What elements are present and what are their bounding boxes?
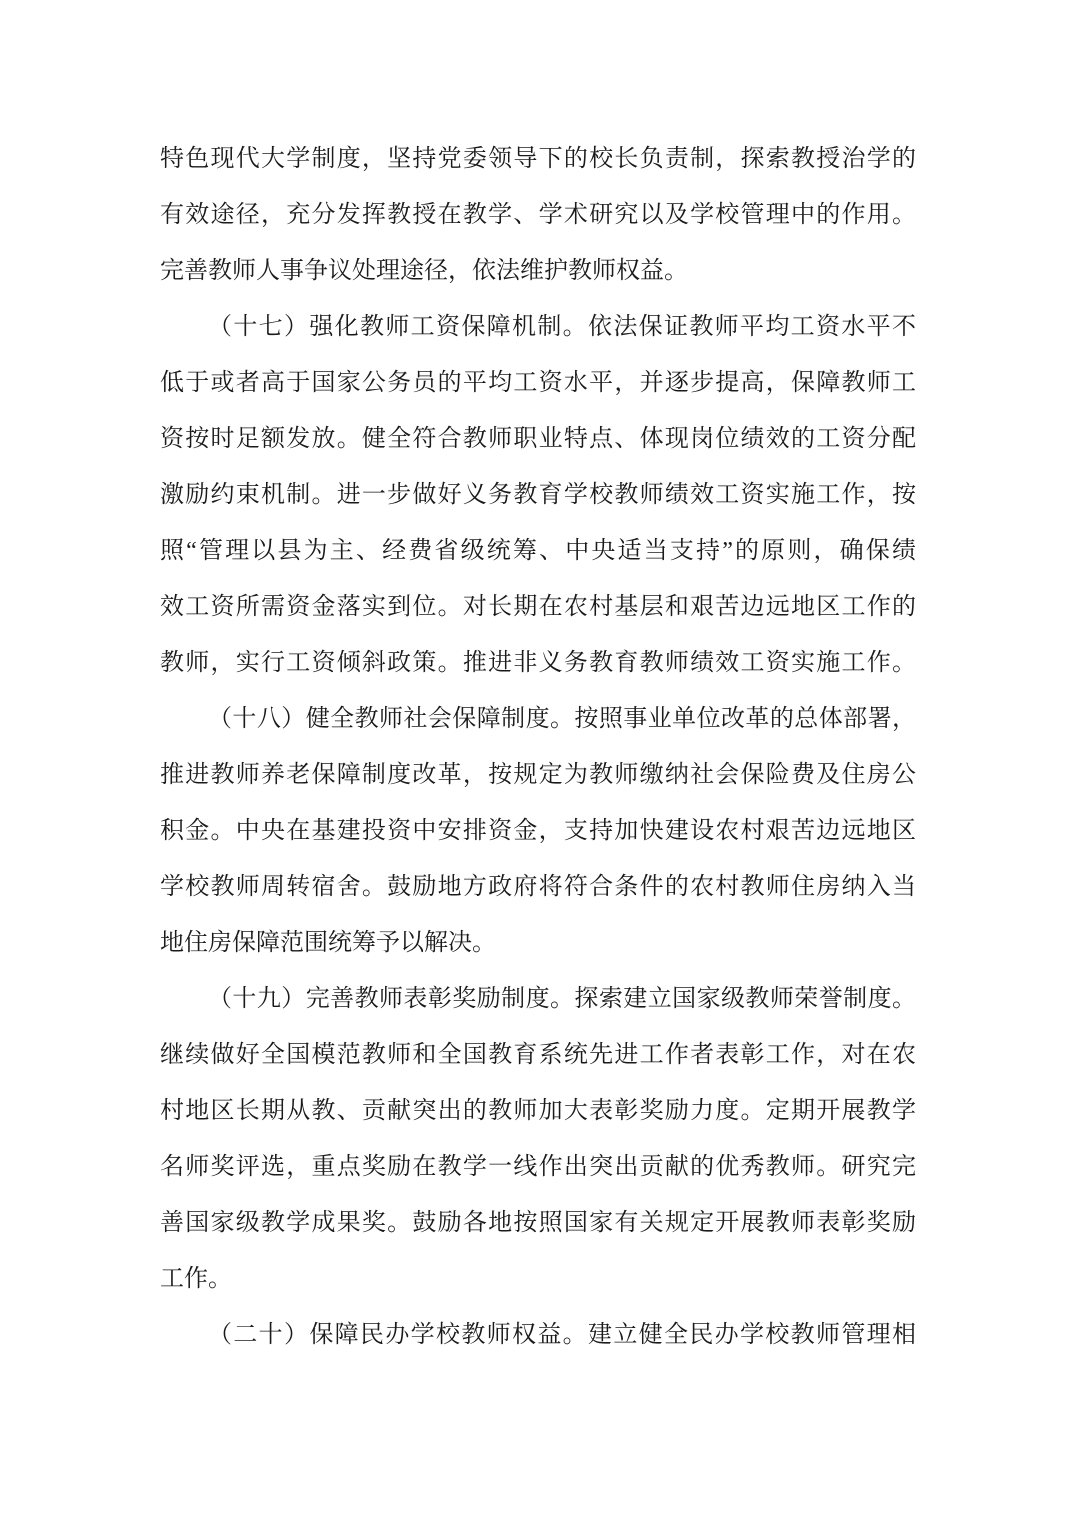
text-line: 积金。中央在基建投资中安排资金，支持加快建设农村艰苦边远地区 <box>160 803 916 859</box>
text-line: 资按时足额发放。健全符合教师职业特点、体现岗位绩效的工资分配 <box>160 411 916 467</box>
paragraph-item-19: （十九）完善教师表彰奖励制度。探索建立国家级教师荣誉制度。 继续做好全国模范教师… <box>160 971 916 1307</box>
text-line: 效工资所需资金落实到位。对长期在农村基层和艰苦边远地区工作的 <box>160 579 916 635</box>
paragraph-continuation: 特色现代大学制度，坚持党委领导下的校长负责制，探索教授治学的 有效途径，充分发挥… <box>160 131 916 299</box>
text-line: 村地区长期从教、贡献突出的教师加大表彰奖励力度。定期开展教学 <box>160 1083 916 1139</box>
text-line: 特色现代大学制度，坚持党委领导下的校长负责制，探索教授治学的 <box>160 131 916 187</box>
text-line: 地住房保障范围统筹予以解决。 <box>160 915 916 971</box>
paragraph-item-20: （二十）保障民办学校教师权益。建立健全民办学校教师管理相 <box>160 1307 916 1363</box>
document-text-block: 特色现代大学制度，坚持党委领导下的校长负责制，探索教授治学的 有效途径，充分发挥… <box>160 131 916 1363</box>
text-line: 善国家级教学成果奖。鼓励各地按照国家有关规定开展教师表彰奖励 <box>160 1195 916 1251</box>
paragraph-item-18: （十八）健全教师社会保障制度。按照事业单位改革的总体部署， 推进教师养老保障制度… <box>160 691 916 971</box>
text-line: （十八）健全教师社会保障制度。按照事业单位改革的总体部署， <box>160 691 916 747</box>
text-line: 教师，实行工资倾斜政策。推进非义务教育教师绩效工资实施工作。 <box>160 635 916 691</box>
paragraph-item-17: （十七）强化教师工资保障机制。依法保证教师平均工资水平不 低于或者高于国家公务员… <box>160 299 916 691</box>
text-line: 继续做好全国模范教师和全国教育系统先进工作者表彰工作，对在农 <box>160 1027 916 1083</box>
text-line: 完善教师人事争议处理途径，依法维护教师权益。 <box>160 243 916 299</box>
text-line: 激励约束机制。进一步做好义务教育学校教师绩效工资实施工作，按 <box>160 467 916 523</box>
text-line: 学校教师周转宿舍。鼓励地方政府将符合条件的农村教师住房纳入当 <box>160 859 916 915</box>
text-line: 工作。 <box>160 1251 916 1307</box>
text-line: 有效途径，充分发挥教授在教学、学术研究以及学校管理中的作用。 <box>160 187 916 243</box>
text-line: 低于或者高于国家公务员的平均工资水平，并逐步提高，保障教师工 <box>160 355 916 411</box>
text-line: 名师奖评选，重点奖励在教学一线作出突出贡献的优秀教师。研究完 <box>160 1139 916 1195</box>
text-line: （十九）完善教师表彰奖励制度。探索建立国家级教师荣誉制度。 <box>160 971 916 1027</box>
document-page: 特色现代大学制度，坚持党委领导下的校长负责制，探索教授治学的 有效途径，充分发挥… <box>0 0 1074 1520</box>
text-line: 照“管理以县为主、经费省级统筹、中央适当支持”的原则，确保绩 <box>160 523 916 579</box>
text-line: （十七）强化教师工资保障机制。依法保证教师平均工资水平不 <box>160 299 916 355</box>
text-line: （二十）保障民办学校教师权益。建立健全民办学校教师管理相 <box>160 1307 916 1363</box>
text-line: 推进教师养老保障制度改革，按规定为教师缴纳社会保险费及住房公 <box>160 747 916 803</box>
